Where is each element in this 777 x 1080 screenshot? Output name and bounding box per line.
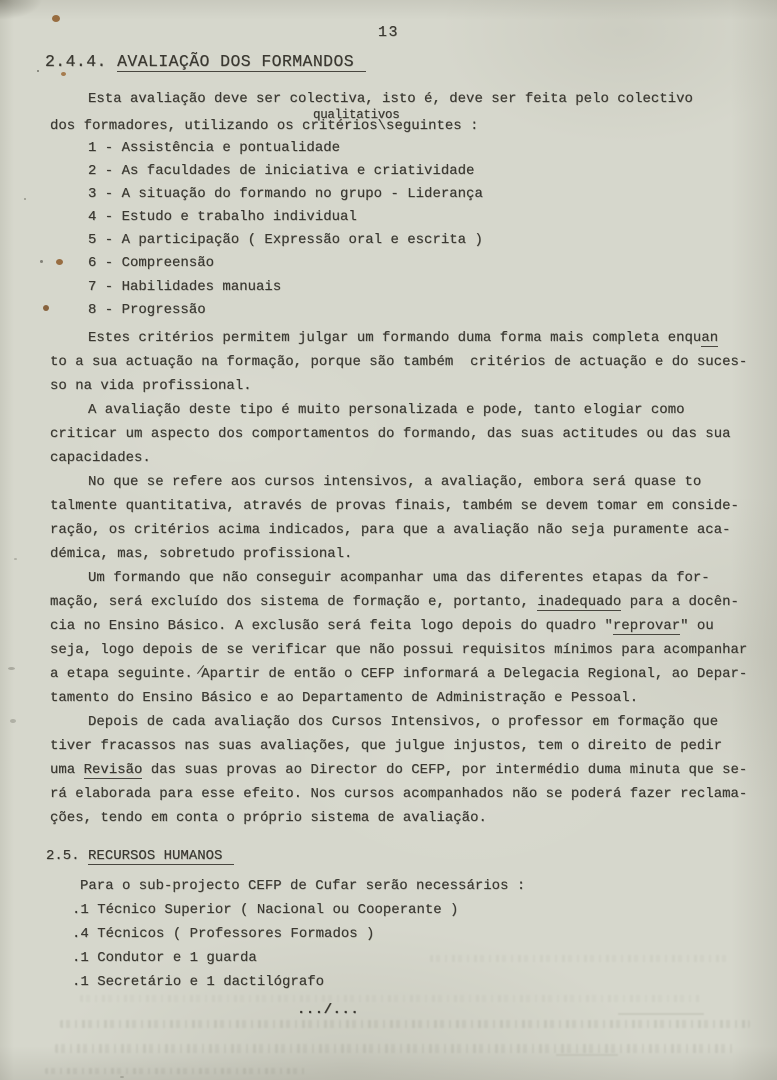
text-segment: 2 - As faculdades de iniciativa e criati… (88, 163, 474, 179)
text-segment: " ou (680, 618, 714, 634)
paragraph-line: ração, os critérios acima indicados, par… (50, 522, 731, 539)
text-segment: rá elaborada para esse efeito. Nos curso… (50, 786, 747, 802)
text-segment: 7 - Habilidades manuais (88, 279, 281, 295)
paragraph-line: uma Revisão das suas provas ao Director … (50, 762, 747, 779)
criteria-item-5: 5 - A participação ( Expressão oral e es… (88, 232, 483, 249)
paragraph-line: tamento do Ensino Básico e ao Departamen… (50, 690, 638, 707)
text-segment: uma (50, 762, 84, 778)
paragraph-line: A avaliação deste tipo é muito personali… (88, 402, 685, 419)
resource-item-2: .4 Técnicos ( Professores Formados ) (72, 926, 374, 943)
paragraph-line: talmente quantitativa, através de provas… (50, 498, 739, 515)
text-segment: para a docên- (621, 594, 739, 610)
text-segment: capacidades. (50, 450, 151, 466)
text-segment: 2.4.4. (45, 52, 117, 71)
text-segment: Esta avaliação deve ser colectiva, isto … (88, 91, 693, 107)
text-segment: Para o sub-projecto CEFP de Cufar serão … (80, 878, 525, 894)
paragraph-line: No que se refere aos cursos intensivos, … (88, 474, 701, 491)
text-segment: a etapa seguinte. Apartir de então o CEF… (50, 666, 747, 682)
text-segment: das suas provas ao Director do CEFP, por… (142, 762, 747, 778)
text-segment: inadequado (537, 594, 621, 611)
paragraph-line: a etapa seguinte. Apartir de então o CEF… (50, 666, 747, 683)
resource-item-1: .1 Técnico Superior ( Nacional ou Cooper… (72, 902, 458, 919)
text-segment: ções, tendo em conta o próprio sistema d… (50, 810, 487, 826)
text-segment: to a sua actuação na formação, porque sã… (50, 354, 747, 370)
text-segment: Um formando que não conseguir acompanhar… (88, 570, 710, 586)
paragraph-line: Um formando que não conseguir acompanhar… (88, 570, 710, 587)
text-segment: criticar um aspecto dos comportamentos d… (50, 426, 731, 442)
text-segment: .1 Condutor e 1 guarda (72, 950, 257, 966)
text-segment: AVALIAÇÃO DOS FORMANDOS (117, 52, 366, 72)
paragraph-line: cia no Ensino Básico. A exclusão será fe… (50, 618, 714, 635)
text-segment: tiver fracassos nas suas avaliações, que… (50, 738, 722, 754)
criteria-item-2: 2 - As faculdades de iniciativa e criati… (88, 163, 474, 180)
paragraph-line: so na vida profissional. (50, 378, 252, 395)
paragraph-line: tiver fracassos nas suas avaliações, que… (50, 738, 722, 755)
text-segment: 4 - Estudo e trabalho individual (88, 209, 357, 225)
paragraph-line: Depois de cada avaliação dos Cursos Inte… (88, 714, 718, 731)
criteria-item-4: 4 - Estudo e trabalho individual (88, 209, 357, 226)
text-segment: 13 (378, 24, 399, 41)
section-heading-2-4-4: 2.4.4. AVALIAÇÃO DOS FORMANDOS (45, 53, 366, 70)
text-segment: Estes critérios permitem julgar um forma… (88, 330, 701, 346)
paragraph-line: capacidades. (50, 450, 151, 467)
continuation-mark: .../... (297, 1002, 359, 1019)
text-segment: 2.5. (46, 848, 88, 864)
resource-item-3: .1 Condutor e 1 guarda (72, 950, 257, 967)
paragraph-line: démica, mas, sobretudo profissional. (50, 546, 352, 563)
text-segment: 5 - A participação ( Expressão oral e es… (88, 232, 483, 248)
scanned-page: 132.4.4. AVALIAÇÃO DOS FORMANDOSEsta ava… (0, 0, 777, 1080)
paragraph-line-with-insertion: dos formadores, utilizando os critériosq… (50, 118, 478, 135)
page-number: 13 (378, 24, 399, 41)
text-segment: .../... (297, 1002, 359, 1018)
text-segment: .4 Técnicos ( Professores Formados ) (72, 926, 374, 942)
text-segment: No que se refere aos cursos intensivos, … (88, 474, 701, 490)
paragraph-line: mação, será excluído dos sistema de form… (50, 594, 739, 611)
paragraph-line: rá elaborada para esse efeito. Nos curso… (50, 786, 747, 803)
text-segment: so na vida profissional. (50, 378, 252, 394)
typewritten-lines: 132.4.4. AVALIAÇÃO DOS FORMANDOSEsta ava… (0, 0, 777, 1080)
text-segment: Depois de cada avaliação dos Cursos Inte… (88, 714, 718, 730)
paragraph-line: Esta avaliação deve ser colectiva, isto … (88, 91, 693, 108)
text-segment: seja, logo depois de se verificar que nã… (50, 642, 747, 658)
text-segment: 6 - Compreensão (88, 255, 214, 271)
criteria-item-3: 3 - A situação do formando no grupo - Li… (88, 186, 483, 203)
criteria-item-8: 8 - Progressão (88, 302, 206, 319)
text-segment: 3 - A situação do formando no grupo - Li… (88, 186, 483, 202)
text-segment: 8 - Progressão (88, 302, 206, 318)
criteria-item-6: 6 - Compreensão (88, 255, 214, 272)
section-heading-2-5: 2.5. RECURSOS HUMANOS (46, 848, 234, 865)
text-segment: RECURSOS HUMANOS (88, 848, 234, 865)
text-segment: A avaliação deste tipo é muito personali… (88, 402, 685, 418)
text-segment: cia no Ensino Básico. A exclusão será fe… (50, 618, 613, 634)
criteria-item-1: 1 - Assistência e pontualidade (88, 140, 340, 157)
text-segment: Revisão (84, 762, 143, 779)
paragraph-line: ções, tendo em conta o próprio sistema d… (50, 810, 487, 827)
text-segment: .1 Técnico Superior ( Nacional ou Cooper… (72, 902, 458, 918)
text-segment: talmente quantitativa, através de provas… (50, 498, 739, 514)
text-segment: mação, será excluído dos sistema de form… (50, 594, 537, 610)
criteria-item-7: 7 - Habilidades manuais (88, 279, 281, 296)
text-segment: démica, mas, sobretudo profissional. (50, 546, 352, 562)
paragraph-line: seja, logo depois de se verificar que nã… (50, 642, 747, 659)
text-segment: qualitativos (313, 107, 399, 124)
resource-item-4: .1 Secretário e 1 dactilógrafo (72, 974, 324, 991)
resources-intro: Para o sub-projecto CEFP de Cufar serão … (80, 878, 525, 895)
paragraph-line: to a sua actuação na formação, porque sã… (50, 354, 747, 371)
text-segment: tamento do Ensino Básico e ao Departamen… (50, 690, 638, 706)
text-segment: ração, os critérios acima indicados, par… (50, 522, 731, 538)
text-segment: .1 Secretário e 1 dactilógrafo (72, 974, 324, 990)
text-segment: an (701, 330, 718, 347)
text-segment: 1 - Assistência e pontualidade (88, 140, 340, 156)
text-segment: reprovar (613, 618, 680, 635)
paragraph-line: Estes critérios permitem julgar um forma… (88, 330, 718, 347)
paragraph-line: criticar um aspecto dos comportamentos d… (50, 426, 731, 443)
